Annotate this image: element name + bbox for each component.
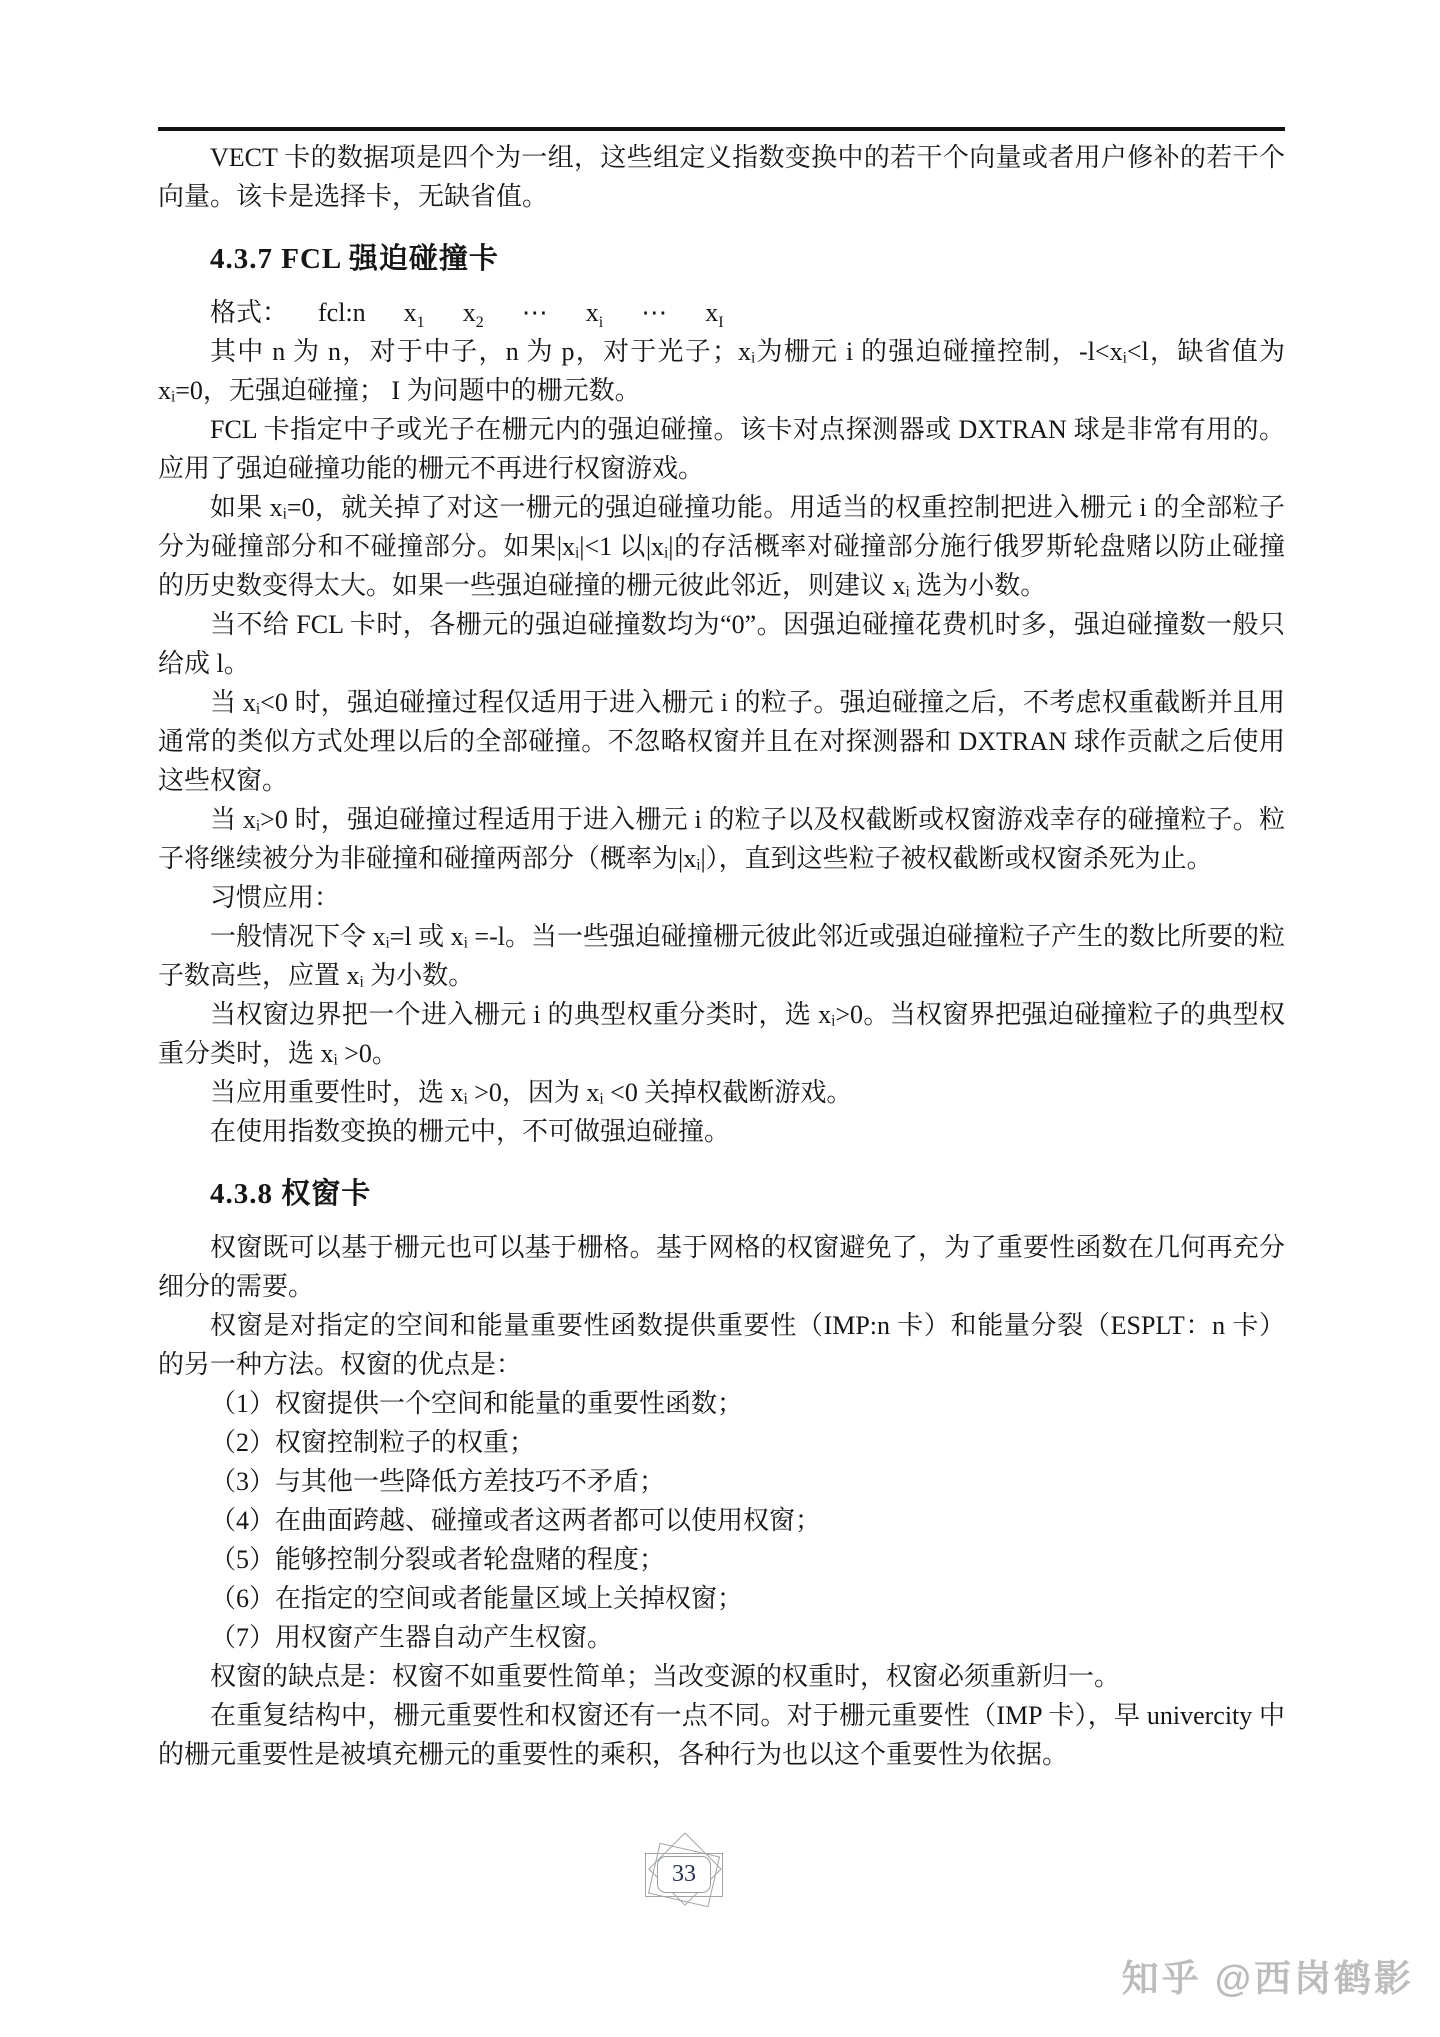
watermark: 知乎 @西岗鹤影 — [1122, 1948, 1414, 2002]
paragraph: 其中 n 为 n，对于中子，n 为 p，对于光子；xᵢ为栅元 i 的强迫碰撞控制… — [158, 332, 1285, 410]
list-item: （6）在指定的空间或者能量区域上关掉权窗； — [158, 1579, 1285, 1618]
list-item: （2）权窗控制粒子的权重； — [158, 1423, 1285, 1462]
paragraph: 当 xᵢ<0 时，强迫碰撞过程仅适用于进入栅元 i 的粒子。强迫碰撞之后，不考虑… — [158, 683, 1285, 800]
section-heading-4-3-8: 4.3.8 权窗卡 — [158, 1175, 1285, 1214]
list-item: （5）能够控制分裂或者轮盘赌的程度； — [158, 1540, 1285, 1579]
format-term: x1 — [404, 298, 425, 327]
paragraph: 习惯应用： — [158, 878, 1285, 917]
format-term: xI — [705, 298, 723, 327]
page-number-box: 33 — [657, 1856, 711, 1893]
paragraph: 权窗的缺点是：权窗不如重要性简单；当改变源的权重时，权窗必须重新归一。 — [158, 1657, 1285, 1696]
list-item: （3）与其他一些降低方差技巧不矛盾； — [158, 1462, 1285, 1501]
paragraph: 当权窗边界把一个进入栅元 i 的典型权重分类时，选 xᵢ>0。当权窗界把强迫碰撞… — [158, 995, 1285, 1073]
paragraph: 当 xᵢ>0 时，强迫碰撞过程适用于进入栅元 i 的粒子以及权截断或权窗游戏幸存… — [158, 800, 1285, 878]
paragraph: 一般情况下令 xᵢ=l 或 xᵢ =-l。当一些强迫碰撞栅元彼此邻近或强迫碰撞粒… — [158, 917, 1285, 995]
list-item: （4）在曲面跨越、碰撞或者这两者都可以使用权窗； — [158, 1501, 1285, 1540]
format-line: 格式：fcl:nx1x2⋯xi⋯xI — [158, 293, 1285, 332]
page-number-emblem: 33 — [642, 1840, 726, 1916]
format-term: xi — [586, 298, 603, 327]
format-term: ⋯ — [522, 298, 548, 327]
list-item: （1）权窗提供一个空间和能量的重要性函数； — [158, 1384, 1285, 1423]
format-term: fcl:n — [318, 298, 366, 327]
paragraph: 权窗是对指定的空间和能量重要性函数提供重要性（IMP:n 卡）和能量分裂（ESP… — [158, 1306, 1285, 1384]
list-item: （7）用权窗产生器自动产生权窗。 — [158, 1618, 1285, 1657]
paragraph-vect: VECT 卡的数据项是四个为一组，这些组定义指数变换中的若干个向量或者用户修补的… — [158, 138, 1285, 216]
section-heading-4-3-7: 4.3.7 FCL 强迫碰撞卡 — [158, 240, 1285, 279]
paragraph: 当应用重要性时，选 xᵢ >0，因为 xᵢ <0 关掉权截断游戏。 — [158, 1073, 1285, 1112]
paragraph: 在使用指数变换的栅元中，不可做强迫碰撞。 — [158, 1112, 1285, 1151]
format-term: x2 — [463, 298, 484, 327]
paragraph: 在重复结构中，栅元重要性和权窗还有一点不同。对于栅元重要性（IMP 卡），早 u… — [158, 1696, 1285, 1774]
paragraph: 如果 xᵢ=0，就关掉了对这一栅元的强迫碰撞功能。用适当的权重控制把进入栅元 i… — [158, 488, 1285, 605]
paragraph: 权窗既可以基于栅元也可以基于栅格。基于网格的权窗避免了，为了重要性函数在几何再充… — [158, 1228, 1285, 1306]
paragraph: 当不给 FCL 卡时，各栅元的强迫碰撞数均为“0”。因强迫碰撞花费机时多，强迫碰… — [158, 605, 1285, 683]
page-number: 33 — [672, 1861, 696, 1888]
format-term: ⋯ — [641, 298, 667, 327]
paragraph: FCL 卡指定中子或光子在栅元内的强迫碰撞。该卡对点探测器或 DXTRAN 球是… — [158, 410, 1285, 488]
format-label: 格式： — [210, 298, 288, 327]
document-page: VECT 卡的数据项是四个为一组，这些组定义指数变换中的若干个向量或者用户修补的… — [0, 0, 1440, 2037]
page-content: VECT 卡的数据项是四个为一组，这些组定义指数变换中的若干个向量或者用户修补的… — [158, 127, 1285, 1774]
